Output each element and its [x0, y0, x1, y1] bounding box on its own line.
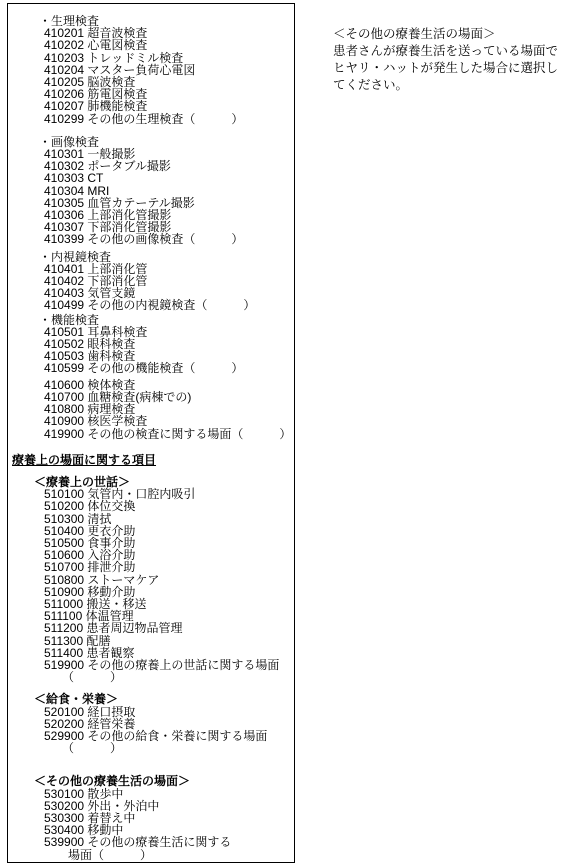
code-section: ＜その他の療養生活の場面＞530100 散歩中530200 外出・外泊中5303…	[8, 775, 294, 860]
code-section: ・機能検査410501 耳鼻科検査410502 眼科検査410503 歯科検査4…	[8, 314, 294, 375]
item-code: 410299	[44, 112, 84, 126]
item-code: 410399	[44, 232, 84, 246]
item-continuation: （ ）	[8, 671, 294, 683]
code-section: 410600 検体検査410700 血糖検査(病棟での)410800 病理検査4…	[8, 379, 294, 440]
code-sections: ・生理検査410201 超音波検査410202 心電図検査410203 トレッド…	[8, 15, 294, 861]
code-section: ・画像検査410301 一般撮影410302 ポータブル撮影410303 CT4…	[8, 136, 294, 246]
code-line: 419900 その他の検査に関する場面（ ）	[8, 428, 294, 440]
code-line: 410299 その他の生理検査（ ）	[8, 113, 294, 125]
page: ・生理検査410201 超音波検査410202 心電図検査410203 トレッド…	[0, 0, 568, 868]
code-line: 410399 その他の画像検査（ ）	[8, 233, 294, 245]
code-list-panel: ・生理検査410201 超音波検査410202 心電図検査410203 トレッド…	[7, 3, 295, 863]
item-code: 410499	[44, 298, 84, 312]
item-continuation: 場面（ ）	[8, 849, 294, 861]
item-label: その他の生理検査（ ）	[87, 112, 243, 126]
code-line: 410599 その他の機能検査（ ）	[8, 362, 294, 374]
code-section: ＜給食・栄養＞520100 経口摂取520200 経管栄養529900 その他の…	[8, 693, 294, 754]
code-section: ＜療養上の世話＞510100 気管内・口腔内吸引510200 体位交換51030…	[8, 476, 294, 683]
item-label: その他の画像検査（ ）	[87, 232, 243, 246]
code-section: ・生理検査410201 超音波検査410202 心電図検査410203 トレッド…	[8, 15, 294, 125]
item-code: 419900	[44, 427, 84, 441]
code-section: 療養上の場面に関する項目	[8, 454, 294, 466]
side-note-body: 患者さんが療養生活を送っている場面でヒヤリ・ハットが発生した場合に選択してくださ…	[333, 43, 564, 94]
section-main-heading: 療養上の場面に関する項目	[8, 454, 294, 466]
item-label: その他の機能検査（ ）	[87, 361, 243, 375]
code-section: ・内視鏡検査410401 上部消化管410402 下部消化管410403 気管支…	[8, 251, 294, 312]
side-note: ＜その他の療養生活の場面＞ 患者さんが療養生活を送っている場面でヒヤリ・ハットが…	[333, 26, 564, 94]
side-note-heading: ＜その他の療養生活の場面＞	[333, 26, 564, 43]
item-code: 410599	[44, 361, 84, 375]
code-line: 539900 その他の療養生活に関する	[8, 836, 294, 848]
code-line: 410499 その他の内視鏡検査（ ）	[8, 299, 294, 311]
item-label: その他の内視鏡検査（ ）	[87, 298, 255, 312]
item-label: その他の検査に関する場面（ ）	[87, 427, 291, 441]
item-continuation: （ ）	[8, 742, 294, 754]
